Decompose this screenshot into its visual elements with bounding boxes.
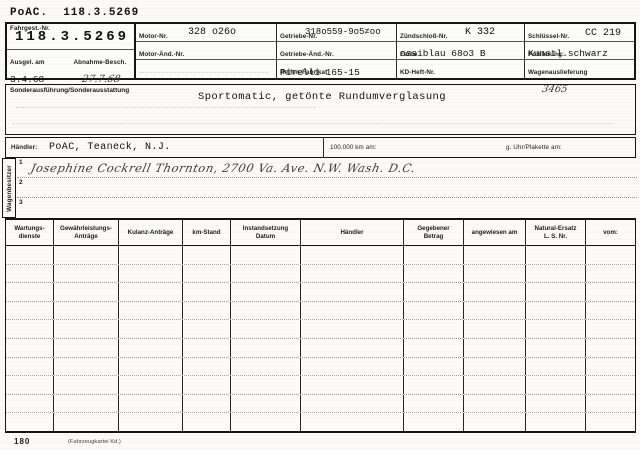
table-cell	[404, 395, 464, 413]
table-cell	[231, 246, 301, 264]
table-cell	[404, 302, 464, 320]
table-cell	[464, 320, 526, 338]
table-cell	[183, 302, 231, 320]
owners-side-strip: Wagenbesitzer	[2, 158, 16, 218]
table-cell	[183, 376, 231, 394]
tires-value: Pirelli 165-15	[280, 68, 360, 78]
table-cell	[183, 246, 231, 264]
table-cell	[301, 395, 404, 413]
kd-booklet-label: KD-Heft-Nr.	[400, 69, 435, 76]
table-cell	[464, 265, 526, 283]
gearbox-field: Getriebe-Nr. 318o559-9o5≠oo	[277, 24, 396, 42]
table-cell	[586, 339, 635, 357]
acceptance-label: Abnahme-Besch.	[74, 59, 127, 66]
owner-row-2-number: 2	[19, 179, 23, 186]
table-cell	[119, 376, 183, 394]
acceptance-field: Abnahme-Besch. 27.7.68	[71, 50, 135, 79]
table-cell	[119, 339, 183, 357]
table-cell	[54, 395, 119, 413]
table-cell	[404, 339, 464, 357]
col-header-haendler: Händler	[301, 220, 404, 245]
table-cell	[464, 395, 526, 413]
table-cell	[119, 283, 183, 301]
table-row	[6, 246, 635, 265]
table-cell	[231, 395, 301, 413]
table-cell	[54, 376, 119, 394]
table-row	[6, 283, 635, 302]
engine-column: Motor-Nr. 328 o26o Motor-Änd.-Nr.	[136, 24, 277, 78]
kd-booklet-field: KD-Heft-Nr.	[397, 60, 524, 79]
table-cell	[119, 320, 183, 338]
table-row	[6, 339, 635, 358]
table-row	[6, 395, 635, 414]
table-cell	[231, 302, 301, 320]
gearbox-mod-label: Getriebe-Änd.-Nr.	[280, 51, 334, 58]
col-header-kulanz-antraege: Kulanz-Anträge	[119, 220, 183, 245]
table-cell	[301, 265, 404, 283]
col-header-instandsetzung-datum: Instandsetzung Datum	[231, 220, 301, 245]
col-header-angewiesen-am: angewiesen am	[464, 220, 526, 245]
table-cell	[6, 320, 54, 338]
table-cell	[586, 376, 635, 394]
table-cell	[231, 320, 301, 338]
key-label: Schlüssel-Nr.	[528, 33, 569, 40]
owner-row-3-number: 3	[19, 199, 23, 206]
table-cell	[6, 395, 54, 413]
vehicle-record-card: PoAC. 118.3.5269 Fahrgest.-Nr. 118.3.526…	[0, 0, 640, 450]
table-row	[6, 358, 635, 377]
table-cell	[526, 302, 586, 320]
key-value: CC 219	[585, 28, 621, 39]
key-field: Schlüssel-Nr. CC 219	[525, 24, 634, 42]
table-cell	[464, 358, 526, 376]
col-header-wartungsdienste: Wartungs- dienste	[6, 220, 54, 245]
table-cell	[119, 265, 183, 283]
engine-label: Motor-Nr.	[139, 33, 168, 40]
table-cell	[526, 339, 586, 357]
table-cell	[54, 246, 119, 264]
table-cell	[301, 246, 404, 264]
table-cell	[586, 265, 635, 283]
table-cell	[6, 358, 54, 376]
col-header-gewaehrleistungs-antraege: Gewährleistungs- Anträge	[54, 220, 119, 245]
table-cell	[54, 358, 119, 376]
owner-row-1-number: 1	[19, 159, 23, 166]
paint-field: Farbe ossiblau 68o3 B	[397, 42, 524, 60]
table-cell	[526, 395, 586, 413]
upholstery-value: Kunstl.schwarz	[528, 49, 608, 59]
table-cell	[6, 339, 54, 357]
scan-artifact	[16, 107, 316, 108]
engine-value: 328 o26o	[188, 27, 236, 38]
table-cell	[183, 339, 231, 357]
ignition-column: Zündschloß-Nr. K 332 Farbe ossiblau 68o3…	[397, 24, 525, 78]
top-reference-note: PoAC. 118.3.5269	[10, 7, 139, 19]
ignition-field: Zündschloß-Nr. K 332	[397, 24, 524, 42]
owner-row-2: 2	[17, 178, 637, 198]
dealer-divider	[323, 138, 324, 157]
service-table-body	[6, 246, 635, 431]
table-cell	[526, 265, 586, 283]
clock-plakette-label: g. Uhr/Plakette am:	[506, 144, 562, 151]
table-cell	[404, 283, 464, 301]
table-cell	[526, 358, 586, 376]
table-cell	[183, 358, 231, 376]
col-header-natural-ersatz: Natural-Ersatz L. S. Nr.	[526, 220, 586, 245]
page-number: 180	[14, 437, 30, 446]
ignition-value: K 332	[465, 27, 495, 38]
owner-row-1-entry-handwritten: Josephine Cockrell Thornton, 2700 Va. Av…	[30, 161, 418, 175]
table-cell	[183, 265, 231, 283]
scan-artifact	[12, 123, 615, 124]
table-cell	[6, 265, 54, 283]
table-cell	[586, 358, 635, 376]
table-cell	[526, 283, 586, 301]
special-equipment-label: Sonderausführung/Sonderausstattung	[10, 87, 129, 94]
table-cell	[231, 283, 301, 301]
key-column: Schlüssel-Nr. CC 219 Polsterung: Kunstl.…	[525, 24, 634, 78]
gearbox-value: 318o559-9o5≠oo	[305, 27, 381, 37]
table-cell	[404, 376, 464, 394]
dealer-label: Händler:	[11, 144, 37, 151]
table-cell	[586, 395, 635, 413]
table-cell	[119, 395, 183, 413]
delivery-label: Wagenauslieferung	[528, 69, 588, 76]
table-cell	[119, 358, 183, 376]
table-row	[6, 413, 635, 431]
table-cell	[404, 246, 464, 264]
table-cell	[183, 413, 231, 431]
ignition-label: Zündschloß-Nr.	[400, 33, 448, 40]
issued-label: Ausgel. am	[10, 59, 45, 66]
engine-field: Motor-Nr. 328 o26o	[136, 24, 276, 42]
table-cell	[54, 265, 119, 283]
gearbox-column: Getriebe-Nr. 318o559-9o5≠oo Getriebe-Änd…	[277, 24, 397, 78]
table-cell	[6, 376, 54, 394]
engine-empty-area	[136, 60, 276, 61]
table-cell	[464, 376, 526, 394]
table-cell	[464, 246, 526, 264]
scan-artifact	[140, 72, 268, 73]
table-cell	[6, 246, 54, 264]
table-cell	[586, 283, 635, 301]
engine-mod-field: Motor-Änd.-Nr.	[136, 42, 276, 60]
table-cell	[404, 413, 464, 431]
table-cell	[54, 283, 119, 301]
table-cell	[526, 246, 586, 264]
km-100000-label: 100.000 km am:	[330, 144, 377, 151]
table-cell	[183, 283, 231, 301]
table-cell	[231, 358, 301, 376]
table-cell	[231, 265, 301, 283]
table-cell	[6, 302, 54, 320]
table-cell	[183, 395, 231, 413]
table-row	[6, 376, 635, 395]
table-cell	[6, 283, 54, 301]
form-caption: (Fahrzeugkartei Kd.)	[68, 439, 121, 445]
chassis-value: 118.3.5269	[15, 29, 129, 45]
table-cell	[464, 283, 526, 301]
table-cell	[6, 413, 54, 431]
special-equipment-box: Sonderausführung/Sonderausstattung Sport…	[5, 84, 636, 135]
col-header-km-stand: km-Stand	[183, 220, 231, 245]
table-cell	[586, 320, 635, 338]
table-cell	[119, 302, 183, 320]
table-cell	[526, 376, 586, 394]
table-cell	[404, 320, 464, 338]
chassis-field: Fahrgest.-Nr. 118.3.5269	[7, 24, 134, 50]
table-cell	[301, 339, 404, 357]
table-cell	[404, 358, 464, 376]
table-cell	[586, 302, 635, 320]
issued-field: Ausgel. am 3.4.68	[7, 50, 71, 79]
owner-row-1: 1 Josephine Cockrell Thornton, 2700 Va. …	[17, 158, 637, 178]
table-cell	[586, 246, 635, 264]
owners-side-label: Wagenbesitzer	[6, 165, 13, 212]
table-cell	[464, 339, 526, 357]
table-cell	[54, 413, 119, 431]
table-cell	[464, 413, 526, 431]
table-row	[6, 265, 635, 284]
col-header-vom: vom:	[586, 220, 635, 245]
table-cell	[586, 413, 635, 431]
table-row	[6, 302, 635, 321]
dealer-value: PoAC, Teaneck, N.J.	[49, 142, 171, 153]
table-cell	[301, 320, 404, 338]
table-cell	[54, 339, 119, 357]
special-equipment-value: Sportomatic, getönte Rundumverglasung	[198, 91, 446, 103]
table-cell	[119, 413, 183, 431]
table-cell	[183, 320, 231, 338]
chassis-column: Fahrgest.-Nr. 118.3.5269 Ausgel. am 3.4.…	[7, 24, 136, 78]
engine-mod-label: Motor-Änd.-Nr.	[139, 51, 184, 58]
vehicle-data-header: Fahrgest.-Nr. 118.3.5269 Ausgel. am 3.4.…	[5, 22, 636, 80]
owners-rows: 1 Josephine Cockrell Thornton, 2700 Va. …	[17, 158, 637, 218]
table-cell	[301, 358, 404, 376]
owner-row-3: 3	[17, 198, 637, 218]
upholstery-field: Polsterung: Kunstl.schwarz	[525, 42, 634, 60]
tires-field: Reifen-Fabrikat Pirelli 165-15	[277, 60, 396, 79]
table-cell	[526, 413, 586, 431]
paint-value: ossiblau 68o3 B	[400, 49, 486, 59]
table-cell	[301, 283, 404, 301]
table-cell	[404, 265, 464, 283]
service-table: Wartungs- dienste Gewährleistungs- Anträ…	[5, 218, 636, 433]
table-cell	[301, 302, 404, 320]
table-cell	[231, 376, 301, 394]
table-cell	[231, 339, 301, 357]
dealer-row: Händler: PoAC, Teaneck, N.J. 100.000 km …	[5, 137, 636, 158]
table-cell	[54, 302, 119, 320]
table-cell	[231, 413, 301, 431]
table-cell	[301, 376, 404, 394]
table-row	[6, 320, 635, 339]
table-cell	[526, 320, 586, 338]
table-cell	[464, 302, 526, 320]
col-header-gegebener-betrag: Gegebener Betrag	[404, 220, 464, 245]
table-cell	[301, 413, 404, 431]
gearbox-mod-field: Getriebe-Änd.-Nr.	[277, 42, 396, 60]
service-table-header: Wartungs- dienste Gewährleistungs- Anträ…	[6, 220, 635, 246]
table-cell	[119, 246, 183, 264]
table-cell	[54, 320, 119, 338]
